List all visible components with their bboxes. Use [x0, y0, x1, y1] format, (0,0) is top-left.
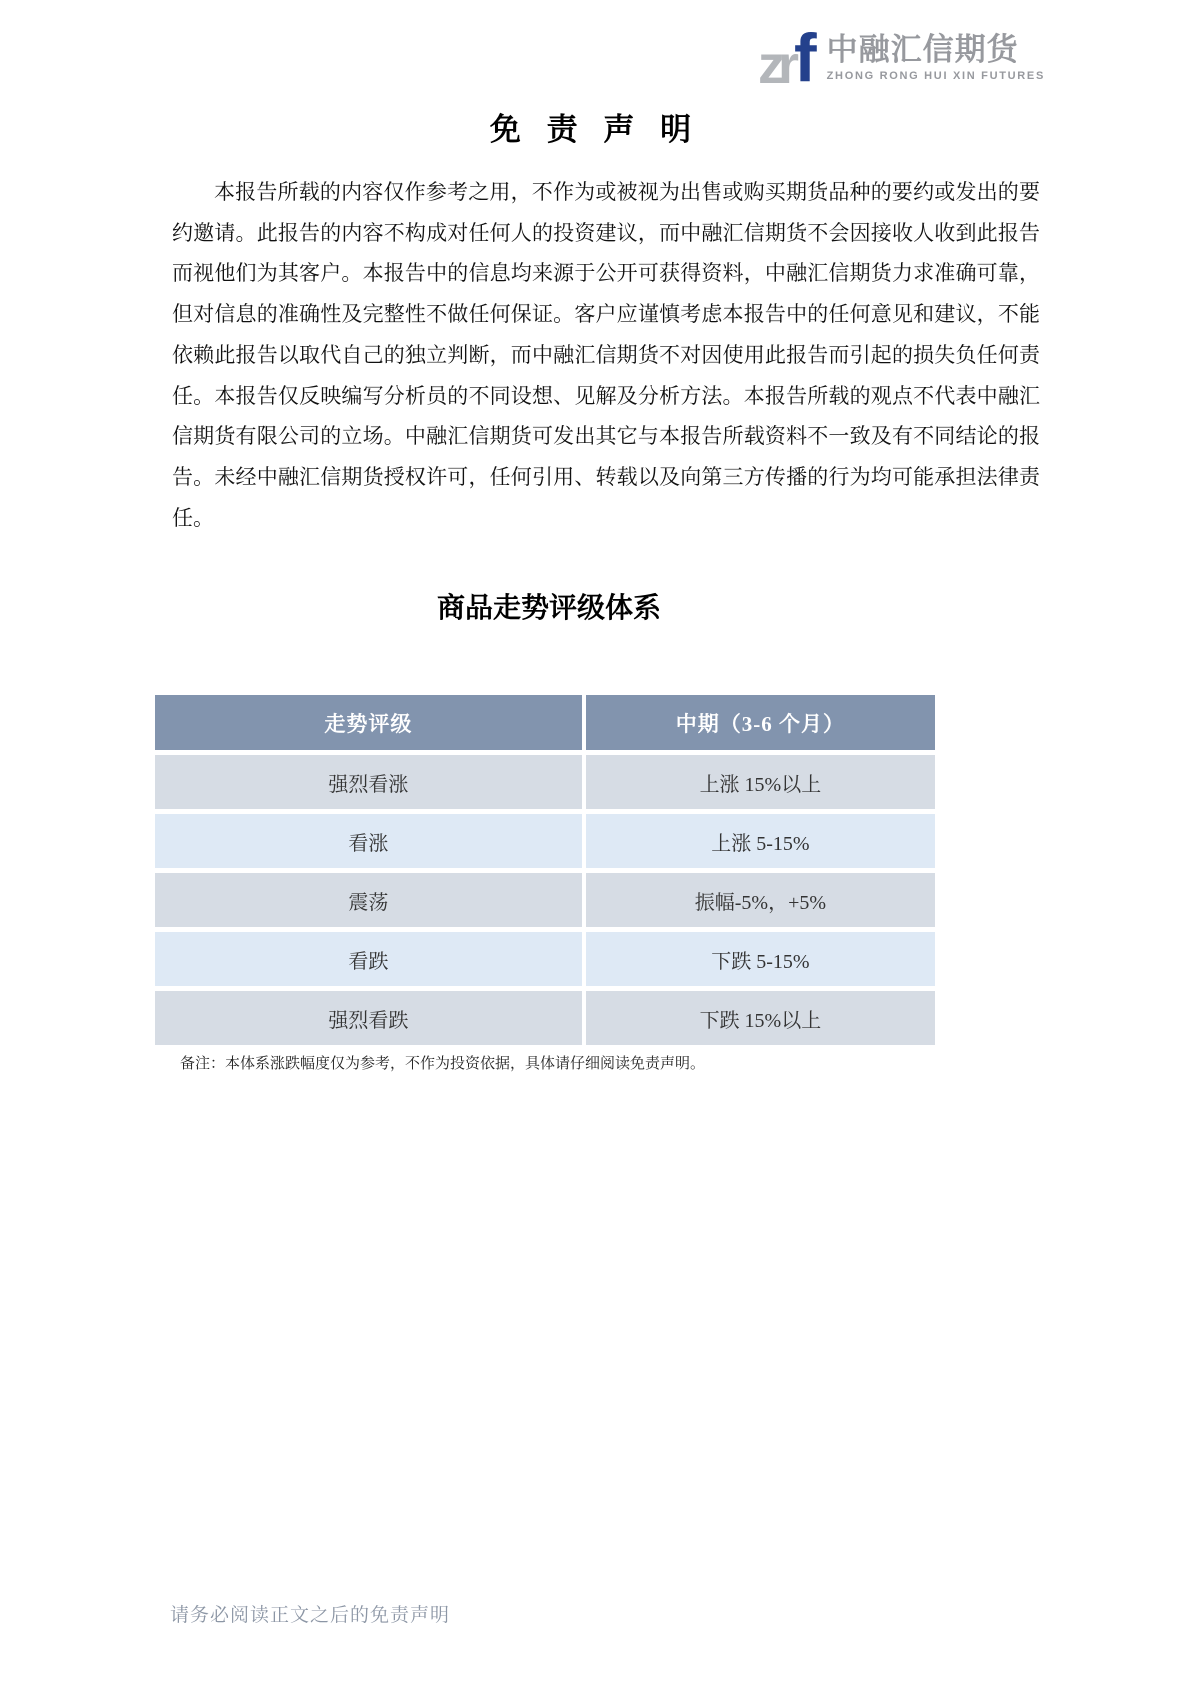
rating-cell: 看涨: [155, 814, 582, 868]
page-title: 免 责 声 明: [0, 104, 1190, 149]
range-cell: 下跌 5-15%: [586, 932, 935, 986]
table-header-midterm: 中期（3-6 个月）: [586, 695, 935, 750]
page-footer: 请务必阅读正文之后的免责声明: [170, 1600, 450, 1627]
company-name-cn: 中融汇信期货: [827, 34, 1045, 67]
range-cell: 上涨 15%以上: [586, 755, 935, 809]
company-name-en: ZHONG RONG HUI XIN FUTURES: [827, 70, 1045, 82]
table-header-rating: 走势评级: [155, 695, 582, 750]
range-cell: 下跌 15%以上: [586, 991, 935, 1045]
table-note: 备注：本体系涨跌幅度仅为参考，不作为投资依据，具体请仔细阅读免责声明。: [180, 1052, 705, 1073]
disclaimer-page: zrf 中融汇信期货 ZHONG RONG HUI XIN FUTURES 免 …: [0, 0, 1190, 1683]
zrf-logo-icon: zrf: [758, 24, 817, 92]
logo-letter-f: f: [794, 24, 817, 92]
logo-letters-zr: zr: [758, 38, 792, 92]
company-logo: zrf 中融汇信期货 ZHONG RONG HUI XIN FUTURES: [758, 24, 1045, 92]
disclaimer-paragraph: 本报告所载的内容仅作参考之用，不作为或被视为出售或购买期货品种的要约或发出的要约…: [172, 172, 1040, 538]
company-name-block: 中融汇信期货 ZHONG RONG HUI XIN FUTURES: [827, 34, 1045, 82]
rating-section-title: 商品走势评级体系: [155, 586, 943, 626]
range-cell: 上涨 5-15%: [586, 814, 935, 868]
table-row: 震荡 振幅-5%，+5%: [155, 873, 935, 927]
rating-cell: 强烈看涨: [155, 755, 582, 809]
table-row: 强烈看涨 上涨 15%以上: [155, 755, 935, 809]
table-row: 强烈看跌 下跌 15%以上: [155, 991, 935, 1045]
rating-cell: 看跌: [155, 932, 582, 986]
rating-cell: 震荡: [155, 873, 582, 927]
range-cell: 振幅-5%，+5%: [586, 873, 935, 927]
table-row: 看跌 下跌 5-15%: [155, 932, 935, 986]
rating-cell: 强烈看跌: [155, 991, 582, 1045]
table-row: 看涨 上涨 5-15%: [155, 814, 935, 868]
table-header-row: 走势评级 中期（3-6 个月）: [155, 695, 935, 750]
rating-table: 走势评级 中期（3-6 个月） 强烈看涨 上涨 15%以上 看涨 上涨 5-15…: [151, 690, 939, 1050]
